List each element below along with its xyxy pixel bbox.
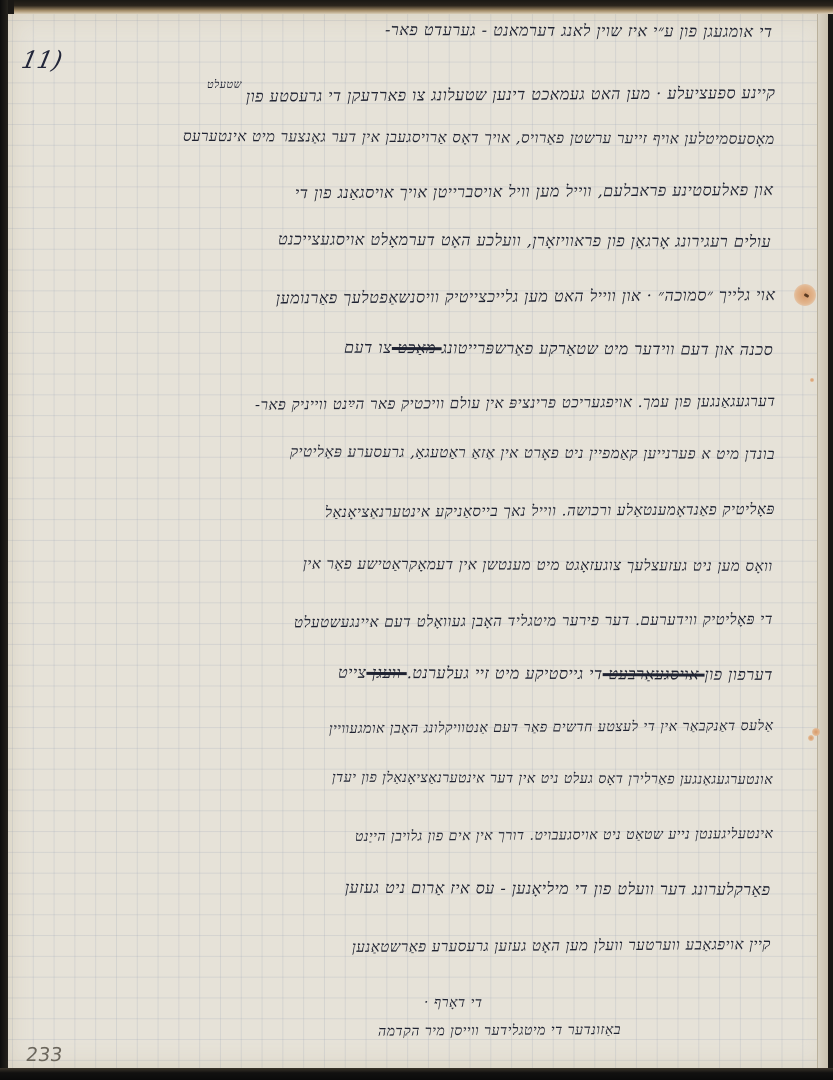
struck-out-word: וועגן	[366, 663, 406, 682]
handwritten-line: וואָס מען ניט געזעצלעך צוגעזאָגט מיט מענ…	[303, 555, 773, 576]
handwritten-line: און פאלעסטינע פראבלעם, ווייל מען וויל או…	[295, 180, 774, 203]
page-number: 233	[24, 1044, 63, 1066]
line-text: באַזונדער די מיטגלידער ווייסן מיר הקדמה	[378, 1022, 621, 1040]
handwritten-line: אונטערגעגאַנגען פאַרלירן דאָס געלט ניט א…	[332, 770, 773, 789]
handwritten-line: די דאָרף ·	[424, 995, 483, 1012]
handwritten-line: אוי גלייך ״סמוכה״ · און ווייל האט מען גל…	[275, 285, 775, 308]
line-text: דערגעגאַנגען פון עמך. אויפגעריכט פרינציפ…	[254, 392, 775, 414]
handwritten-line: באַזונדער די מיטגלידער ווייסן מיר הקדמה	[378, 1022, 621, 1041]
handwritten-line: דערגעגאַנגען פון עמך. אויפגעריכט פרינציפ…	[254, 392, 775, 415]
handwritten-line: בונדן מיט א פערנייען קאַמפיין ניט פאָרט …	[290, 442, 775, 464]
line-text: אונטערגעגאַנגען פאַרלירן דאָס געלט ניט א…	[332, 770, 773, 788]
line-text: דערפון פון	[705, 665, 773, 684]
line-text: קיין אויפגאַבע ווערטער וועלן מען האָט גע…	[352, 935, 771, 956]
handwritten-line: די אומגעגן פון ע״י איז שוין לאנג דערמאנט…	[385, 20, 773, 42]
handwritten-line: פאַרקלערונג דער וועלט פון די מיליאָנען -…	[345, 878, 771, 900]
section-marker: 11)	[19, 46, 65, 74]
page-top-edge	[14, 0, 833, 14]
ink-stain	[810, 378, 814, 382]
handwritten-line: פּאָליטיק פאַנדאָמענטאַלע ורכושה. ווייל …	[325, 500, 775, 522]
line-text: אַלעס דאַנקבאַר אין די לעצטע חדשים פאַר …	[328, 718, 773, 737]
line-text: סכנה און דעם ווידער מיט שטאַרקע פאַרשפּר…	[441, 338, 773, 359]
handwritten-line: עולים רעגירונג אָרגאַן פון פראוויזאָרן, …	[278, 229, 771, 252]
page-bottom-edge	[0, 1068, 833, 1080]
line-text: פּאָליטיק פאַנדאָמענטאַלע ורכושה. ווייל …	[325, 500, 775, 521]
notebook-binding-edge	[0, 0, 8, 1080]
handwritten-line: מאָסעסמיטלען אויף זייער ערשטן פאַרויס, א…	[183, 127, 775, 149]
handwritten-line: אינטעליגענטן נייע שטאַט ניט אויסגעבויט. …	[355, 826, 774, 846]
struck-out-word: מאַכט	[392, 338, 442, 357]
line-text: בונדן מיט א פערנייען קאַמפיין ניט פאָרט …	[290, 442, 775, 463]
line-text: קיינע ספעציעלע · מען האט געמאכט דינען שט…	[246, 83, 776, 106]
notebook-page	[8, 14, 828, 1068]
page-right-edge	[817, 14, 828, 1068]
line-text-continued: צו דעם	[344, 338, 392, 357]
line-text-continued: די גייסטיקע מיט זיי געלערנט.	[407, 663, 603, 683]
line-text: די פּאָליטיק ווידערעם. דער פירער מיטגליד…	[294, 610, 773, 631]
line-text: מאָסעסמיטלען אויף זייער ערשטן פאַרויס, א…	[183, 127, 775, 148]
struck-out-word: אויסגעאַרבעט	[603, 664, 705, 684]
handwritten-line: אַלעס דאַנקבאַר אין די לעצטע חדשים פאַר …	[328, 718, 773, 738]
ink-stain	[794, 284, 816, 306]
line-text: עולים רעגירונג אָרגאַן פון פראוויזאָרן, …	[278, 229, 771, 251]
line-text: און פאלעסטינע פראבלעם, ווייל מען וויל או…	[295, 180, 774, 202]
handwritten-line: דערפון פון אויסגעאַרבעט די גייסטיקע מיט …	[338, 663, 773, 685]
ink-stain	[808, 735, 814, 741]
interlinear-insertion: שטעלט	[207, 78, 246, 91]
line-text: אוי גלייך ״סמוכה״ · און ווייל האט מען גל…	[275, 285, 775, 307]
handwritten-line: די פּאָליטיק ווידערעם. דער פירער מיטגליד…	[294, 610, 773, 632]
line-text: וואָס מען ניט געזעצלעך צוגעזאָגט מיט מענ…	[303, 555, 773, 575]
handwritten-line: קיינע ספעציעלע · מען האט געמאכט דינען שט…	[207, 83, 775, 107]
line-text: די אומגעגן פון ע״י איז שוין לאנג דערמאנט…	[385, 20, 773, 41]
line-text: אינטעליגענטן נייע שטאַט ניט אויסגעבויט. …	[355, 826, 774, 845]
ink-stain	[812, 728, 820, 736]
handwritten-line: קיין אויפגאַבע ווערטער וועלן מען האָט גע…	[352, 935, 771, 957]
manuscript-scan: די אומגעגן פון ע״י איז שוין לאנג דערמאנט…	[0, 0, 833, 1080]
line-text: פאַרקלערונג דער וועלט פון די מיליאָנען -…	[345, 878, 771, 899]
line-text-continued: צייט	[338, 663, 367, 682]
line-text: די דאָרף ·	[424, 995, 483, 1011]
handwritten-line: סכנה און דעם ווידער מיט שטאַרקע פאַרשפּר…	[344, 338, 773, 360]
